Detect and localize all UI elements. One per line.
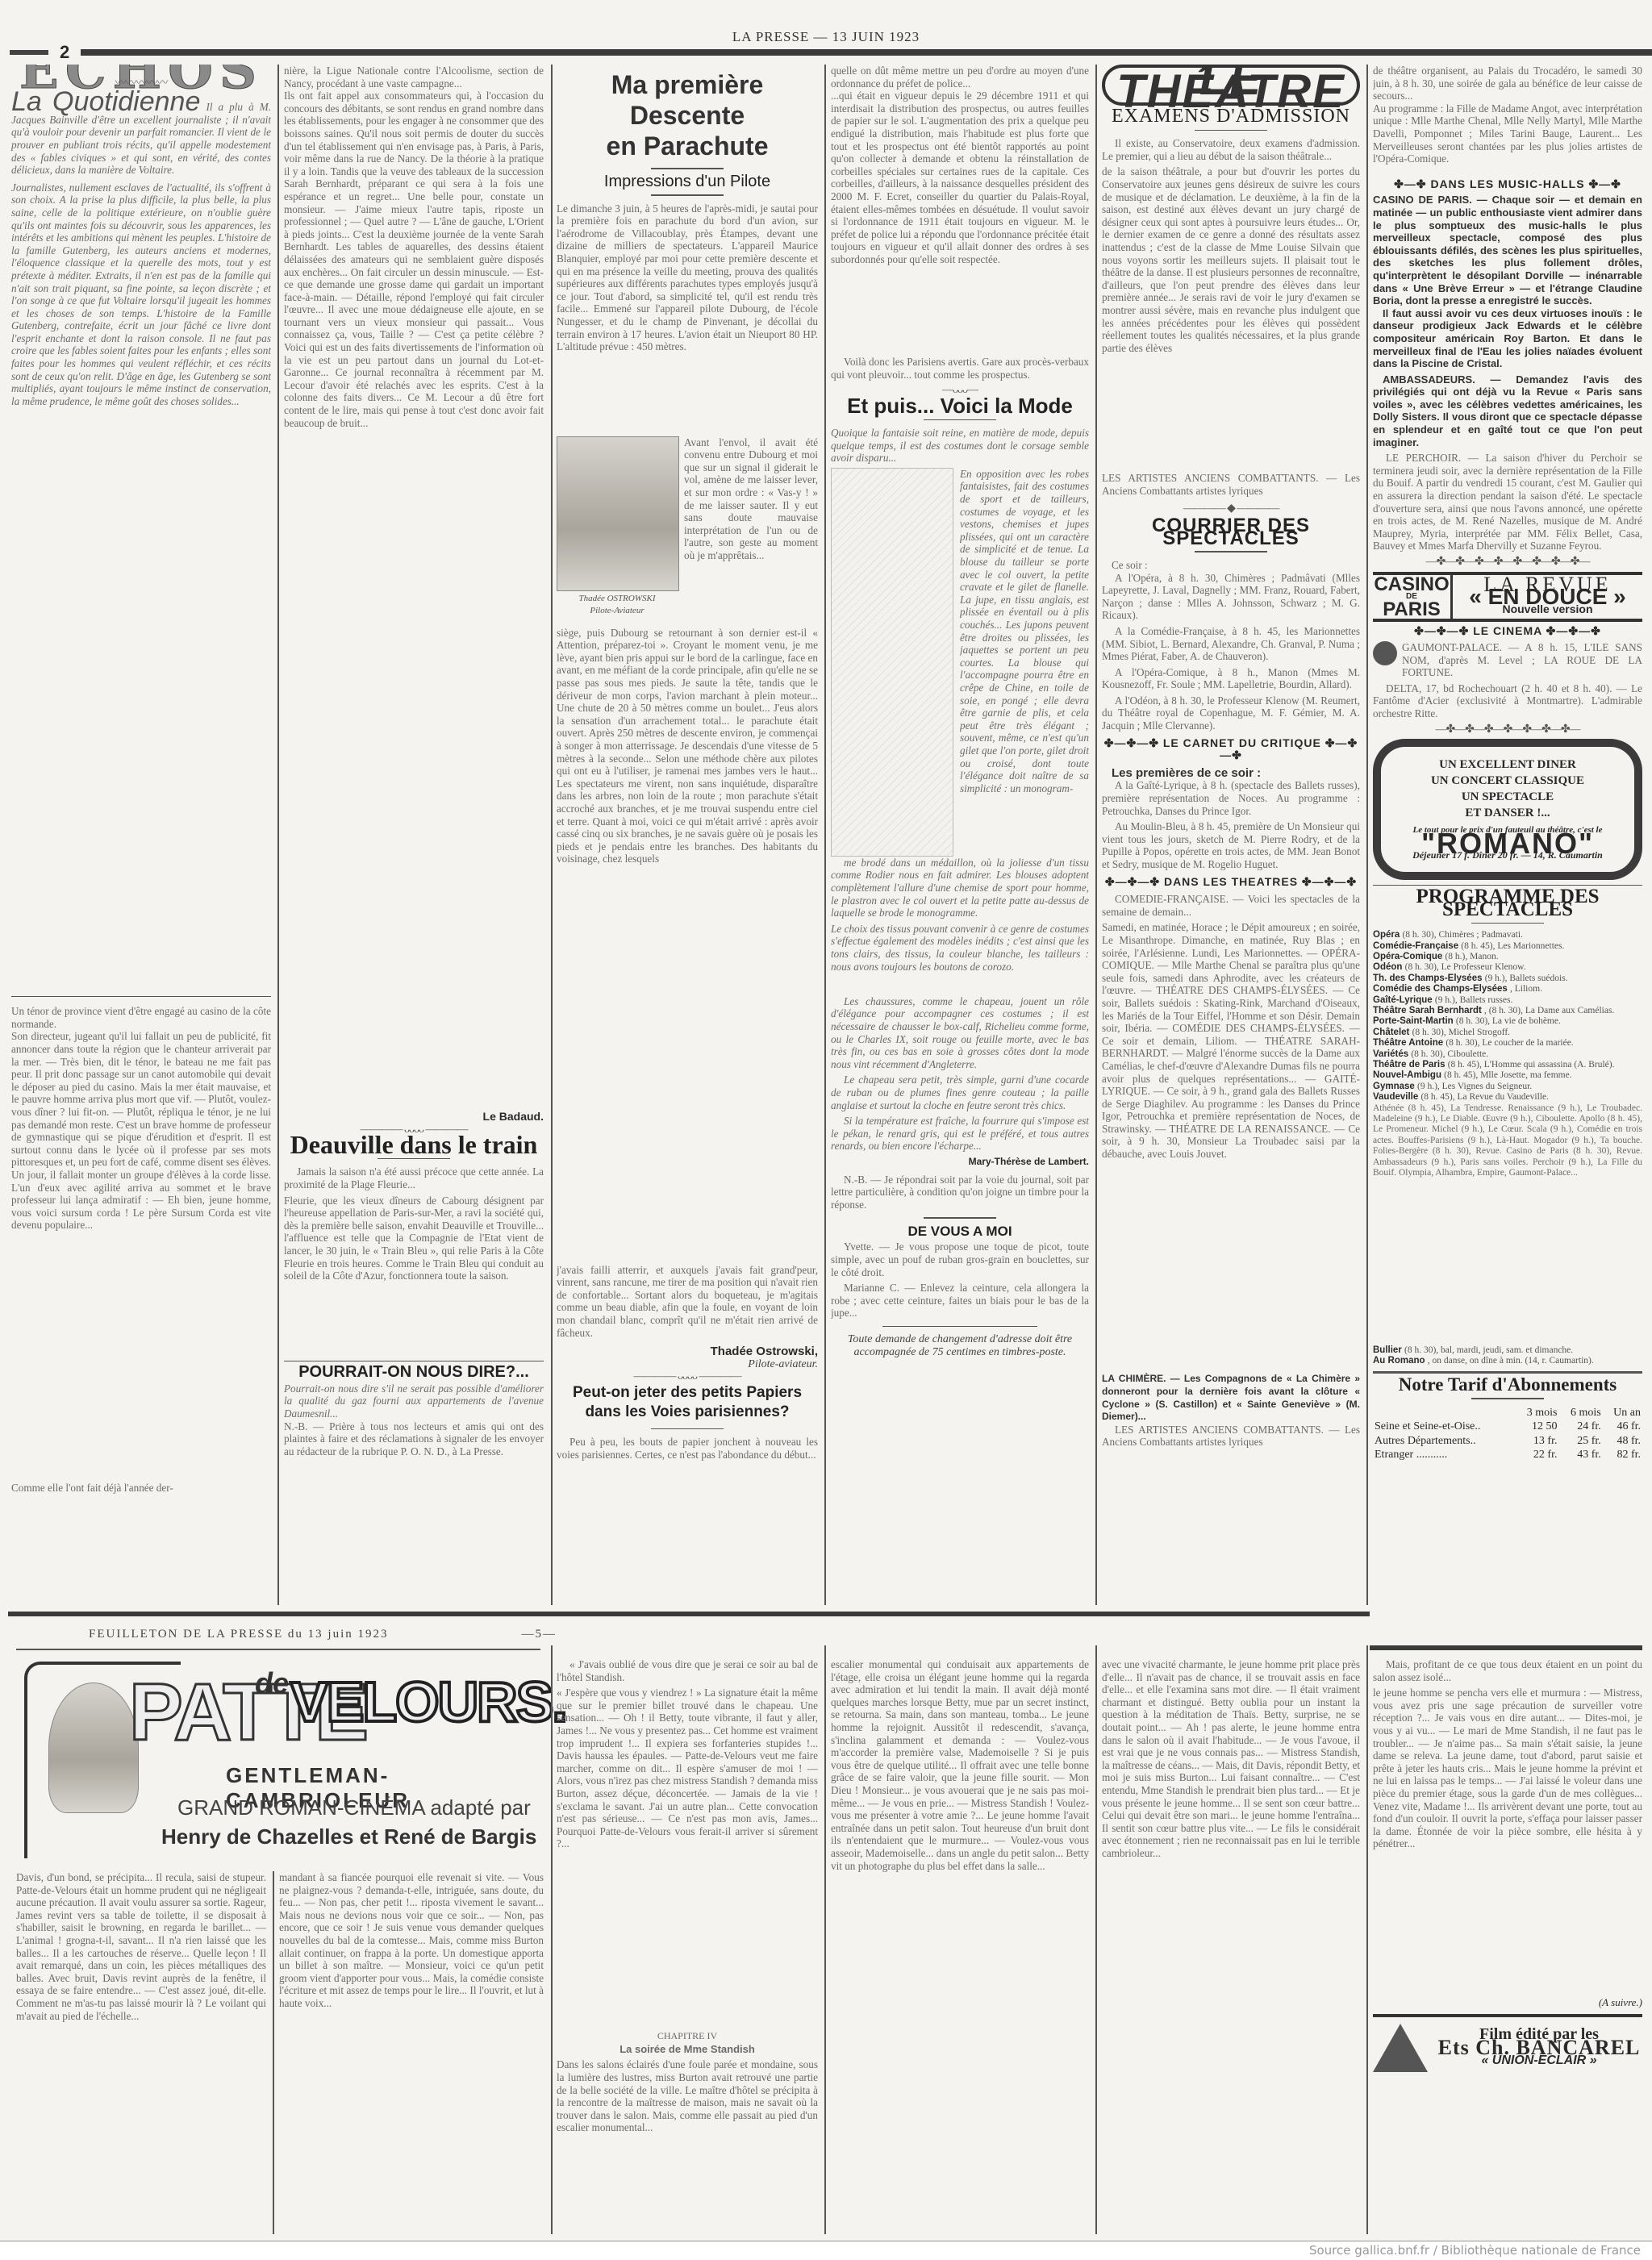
programme-detail: (8 h. 30), Le Professeur Klenow. [1405,962,1526,972]
rule [16,1649,540,1650]
column-divider [1366,65,1368,1605]
mode-side-text: En opposition avec les robes fantaisiste… [960,468,1089,855]
feuilleton-authors: Henry de Chazelles et René de Bargis [161,1824,536,1849]
article-separator [11,996,271,998]
parachute-body: siège, puis Dubourg se retournant à son … [557,627,818,1264]
column-divider [824,1645,826,2234]
ambassadeurs-text: AMBASSADEURS. — Demandez l'avis des priv… [1373,373,1642,449]
rule [1373,2014,1642,2017]
rule-short [1195,130,1267,131]
column-parachute: Ma première Descente en Parachute Impres… [557,65,818,1605]
romano-line: UN CONCERT CLASSIQUE [1387,773,1628,789]
source-credit: Source gallica.bnf.fr / Bibliothèque nat… [1309,2243,1641,2258]
examens-closing: LES ARTISTES ANCIENS COMBATTANTS. — Les … [1102,472,1360,497]
feuilleton-col-5: avec une vivacité charmante, le jeune ho… [1102,1658,1360,2234]
casino-text: CASINO DE PARIS. — Chaque soir — et dema… [1373,194,1642,306]
chapter-number: CHAPITRE IV [557,2030,818,2043]
column-divider [824,65,826,1605]
parachute-closing: j'avais failli atterrir, et auxquels j'a… [557,1264,818,1340]
col4-body: ...qui était en vigueur depuis le 29 déc… [831,90,1089,356]
source-footer: Source gallica.bnf.fr / Bibliothèque nat… [0,2241,1652,2260]
programme-detail: (8 h. 45), La Revue du Vaudeville. [1420,1092,1549,1102]
film-line-2: Ets Ch. BANCAREL [1436,2041,1642,2054]
parachute-side-text: Avant l'envol, il avait été convenu entr… [684,436,818,622]
feuilleton-col3-body: « J'espère que vous y viendrez ! » La si… [557,1687,818,2025]
tarif-row: Autres Départements..13 fr.25 fr.48 fr. [1373,1434,1642,1449]
rule-right [81,49,1652,56]
column-divider [1095,1645,1097,2234]
chimere-notice: LA CHIMÈRE. — Les Compagnons de « La Chi… [1102,1373,1360,1423]
column-divider [551,65,553,1605]
programme-venue: Variétés [1373,1049,1411,1059]
casino-ad-line: CASINO [1373,578,1450,591]
feuilleton-col-6: Mais, profitant de ce que tous deux étai… [1373,1658,1642,2234]
programme-tail: Bullier (8 h. 30), bal, mardi, jeudi, sa… [1373,1345,1642,1367]
pourrait-body: N.-B. — Prière à tous nos lecteurs et am… [284,1420,544,1517]
programme-detail: (9 h.), Les Vignes du Seigneur. [1417,1082,1532,1091]
column-divider [273,1871,274,2234]
programme-entry: Au Romano , on danse, on dîne à min. (14… [1373,1356,1642,1366]
programme-continued: Athénée (8 h. 45), La Tendresse. Renaiss… [1373,1103,1642,1345]
tarif-cell: Autres Départements.. [1373,1434,1515,1449]
programme-entry: Théâtre Sarah Bernhardt , (8 h. 30), La … [1373,1006,1642,1016]
revue-ad-right: LA REVUE « EN DOUCE » Nouvelle version [1453,575,1642,619]
pourrait-heading: POURRAIT-ON NOUS DIRE?... [284,1366,544,1379]
feuilleton-title: FEUILLETON DE LA PRESSE du 13 juin 1923 [89,1628,388,1641]
tarif-heading: Notre Tarif d'Abonnements [1373,1378,1642,1391]
page-number: 2 [60,42,69,63]
programme-detail: , (8 h. 30), La Dame aux Camélias. [1484,1006,1614,1015]
programme-venue: Porte-Saint-Martin [1373,1016,1456,1026]
mode-paragraph-1: me brodé dans un médaillon, où la jolies… [831,857,1089,919]
programme-detail: , on danse, on dîne à min. (14, r. Cauma… [1428,1356,1594,1366]
tarif-header-cell [1373,1406,1515,1420]
casino-ad-line: PARIS [1373,603,1450,616]
courrier-entry: A la Comédie-Française, à 8 h. 45, les M… [1102,625,1360,663]
tarif-header-cell: Un an [1603,1406,1642,1420]
programme-venue: Opéra [1373,930,1402,940]
col5-closing: LES ARTISTES ANCIENS COMBATTANTS. — Les … [1102,1424,1360,1449]
programme-entry: Gaîté-Lyrique (9 h.), Ballets russes. [1373,995,1642,1006]
revue-ad-line: « EN DOUCE » [1453,590,1642,603]
mode-lead: Quoique la fantaisie soit reine, en mati… [831,427,1089,465]
mode-paragraph-4: Si la température est fraîche, la fourru… [831,1115,1089,1153]
feuilleton-col6-lead: Mais, profitant de ce que tous deux étai… [1373,1658,1642,1683]
programme-venue: Gymnase [1373,1082,1417,1091]
column-two: nière, la Ligue Nationale contre l'Alcoo… [284,65,544,1605]
programme-entry: Théâtre de Paris (8 h. 45), L'Homme qui … [1373,1060,1642,1070]
programme-detail: , Liliom. [1510,984,1542,994]
bancarel-ad: Film édité par les Ets Ch. BANCAREL « UN… [1373,2024,1642,2072]
programme-entry: Porte-Saint-Martin (8 h. 30), La vie de … [1373,1016,1642,1027]
programme-entry: Vaudeville (8 h. 45), La Revue du Vaudev… [1373,1092,1642,1103]
tarif-cell: 43 fr. [1558,1448,1602,1462]
feuilleton-col-4: escalier monumental qui conduisait aux a… [831,1658,1089,2234]
photo-caption-name: Thadée OSTROWSKI [557,593,678,606]
carnet-heading: ✤—✤—✤ LE CARNET DU CRITIQUE ✤—✤—✤ [1102,737,1360,762]
parachute-subtitle: Impressions d'un Pilote [557,176,818,189]
ornament-divider: ———— ◆ ———— [1102,502,1360,515]
programme-venue: Au Romano [1373,1356,1428,1366]
feuilleton-header: FEUILLETON DE LA PRESSE du 13 juin 1923 … [89,1628,557,1641]
pourrait-lead: Pourrait-on nous dire s'il ne serait pas… [284,1382,544,1420]
programme-venue: Théâtre Sarah Bernhardt [1373,1006,1484,1015]
romano-ad: UN EXCELLENT DINER UN CONCERT CLASSIQUE … [1373,739,1642,880]
programme-venue: Châtelet [1373,1028,1412,1037]
courrier-entry: A l'Opéra, à 8 h. 30, Chimères ; Padmâva… [1102,572,1360,622]
programme-detail: (8 h. 30), Chimères ; Padmavati. [1402,930,1522,940]
programme-entry: Opéra (8 h. 30), Chimères ; Padmavati. [1373,930,1642,940]
rule-short [1471,923,1544,924]
masked-man-illustration [48,1682,139,1813]
deauville-heading: Deauville dans le train [284,1139,544,1152]
programme-venue: Opéra-Comique [1373,952,1445,961]
programme-detail: (8 h. 30), Le coucher de la mariée. [1445,1038,1573,1048]
headline-line2: en Parachute [557,131,818,161]
programme-detail: (8 h.), Manon. [1445,952,1498,961]
programme-detail: (9 h.), Ballets russes. [1435,995,1512,1005]
programme-entry: Théâtre Antoine (8 h. 30), Le coucher de… [1373,1038,1642,1049]
examens-lead: Il existe, au Conservatoire, deux examen… [1102,137,1360,162]
portrait-photo [557,436,679,591]
title-de: de [255,1666,289,1700]
examens-body: de la saison théâtrale, a pour but d'ouv… [1102,165,1360,472]
running-head: LA PRESSE — 13 JUIN 1923 [0,29,1652,45]
col6-opening: de théâtre organisent, au Palais du Troc… [1373,65,1642,102]
cinema-heading: ✤—✤—✤ LE CINEMA ✤—✤—✤ [1373,625,1642,638]
echos-body-text: Journalistes, nullement esclaves de l'ac… [11,181,271,988]
column-divider [1095,65,1097,1605]
ornament-divider: —✤—✤—✤—✤—✤—✤—✤—✤— [1373,556,1642,569]
courrier-heading: COURRIER DES SPECTACLES [1102,519,1360,544]
tarif-cell: Etranger ........... [1373,1448,1515,1462]
programme-venue: Comédie des Champs-Elysées [1373,984,1510,994]
tarif-cell: 46 fr. [1603,1420,1642,1434]
music-halls-title: DANS LES MUSIC-HALLS [1430,177,1584,190]
programme-entry: Opéra-Comique (8 h.), Manon. [1373,952,1642,962]
perchoir-text: LE PERCHOIR. — La saison d'hiver du Perc… [1373,452,1642,552]
mode-signature: Mary-Thérèse de Lambert. [831,1156,1089,1169]
a-suivre: (A suivre.) [1373,1996,1642,2009]
col4-closing-para: Voilà donc les Parisiens avertis. Gare a… [831,356,1089,381]
rule-short [924,1217,996,1219]
tarif-cell: 25 fr. [1558,1434,1602,1449]
dans-theatres-heading: ✤—✤—✤ DANS LES THEATRES ✤—✤—✤ [1102,876,1360,889]
fashion-illustration [831,468,953,857]
mode-extra: Le choix des tissus pouvant convenir à c… [831,923,1089,995]
programme-entry: Th. des Champs-Elysées (9 h.), Ballets s… [1373,974,1642,984]
programme-venue: Gaîté-Lyrique [1373,995,1435,1005]
feuilleton-col-2: mandant à sa fiancée pourquoi elle reven… [279,1871,544,2234]
programme-entry: Bullier (8 h. 30), bal, mardi, jeudi, sa… [1373,1345,1642,1356]
parachute-headline: Ma première Descente en Parachute [557,69,818,161]
article-lead-tenor: Un ténor de province vient d'être engagé… [11,1005,271,1030]
cinema-title: LE CINEMA [1473,624,1541,637]
examens-heading: EXAMENS D'ADMISSION [1102,110,1360,123]
programme-venue: Bullier [1373,1345,1404,1355]
programme-detail: (8 h. 30), Ciboulette. [1411,1049,1488,1059]
feuilleton-col3-lead: « J'avais oublié de vous dire que je ser… [557,1658,818,1683]
programme-venue: Théâtre de Paris [1373,1060,1448,1070]
col6-body: Au programme : la Fille de Madame Angot,… [1373,102,1642,175]
tenor-body-text: Son directeur, jugeant qu'il lui fallait… [11,1030,271,1482]
carnet-title: LE CARNET DU CRITIQUE [1163,736,1321,749]
patte-de-velours-title-art: PATTE de VELOURS. GENTLEMAN-CAMBRIOLEUR … [24,1658,540,1852]
casino-revue-ad: CASINO DE PARIS LA REVUE « EN DOUCE » No… [1373,572,1642,623]
echos-heading: ECHOS [11,65,271,77]
premiere-entry: A la Gaîté-Lyrique, à 8 h. (spectacle de… [1102,779,1360,817]
devous-answer-2: Marianne C. — Enlevez la ceinture, cela … [831,1282,1089,1320]
papiers-heading: Peut-on jeter des petits Papiers dans le… [557,1383,818,1422]
casino-ad-left: CASINO DE PARIS [1373,575,1453,619]
tarif-cell: 13 fr. [1515,1434,1558,1449]
programme-entry: Comédie des Champs-Elysées , Liliom. [1373,984,1642,994]
romano-footer: Déjeuner 17 f. Dîner 20 fr. — 14, R. Cau… [1387,849,1628,862]
mode-paragraph-2: Les chaussures, comme le chapeau, jouent… [831,995,1089,1071]
rule [1373,1371,1642,1374]
premiere-entry: Au Moulin-Bleu, à 8 h. 45, première de U… [1102,820,1360,870]
programme-detail: (8 h. 45), Les Marionnettes. [1461,941,1564,951]
headline-line1: Ma première Descente [557,69,818,131]
programme-venue: Th. des Champs-Elysées [1373,974,1485,983]
bancarel-logo-icon [1373,2024,1428,2072]
casino-text-2: Il faut aussi avoir vu ces deux virtuose… [1373,307,1642,370]
rule [882,1326,1037,1328]
dans-theatres-body: Samedi, en matinée, Horace ; le Dépit am… [1102,921,1360,1373]
parachute-intro: Le dimanche 3 juin, à 5 heures de l'aprè… [557,202,818,436]
rule [1373,885,1642,886]
signature-badaud: Le Badaud. [284,1111,544,1124]
romano-line: UN EXCELLENT DINER [1387,757,1628,773]
ce-soir-label: Ce soir : [1102,559,1360,572]
ornament-divider: ———— ᴗᴗᴗᴗ ———— [557,1370,818,1383]
column-mode: quelle on dût même mettre un peu d'ordre… [831,65,1089,1605]
column-spectacles: de théâtre organisent, au Palais du Troc… [1373,65,1642,1605]
column-echos: ECHOS 〰〰〰〰〰 La Quotidienne Il a plu à M.… [11,65,271,1605]
programme-entry: Nouvel-Ambigu (8 h. 45), Mlle Josette, m… [1373,1070,1642,1081]
rule-short [924,419,996,421]
top-rule: 2 [10,47,1652,58]
gaumont-logo-icon [1373,641,1397,665]
tarif-row: Seine et Seine-et-Oise..12 5024 fr.46 fr… [1373,1420,1642,1434]
column-divider [551,1645,553,2234]
programme-venue: Vaudeville [1373,1092,1420,1102]
courrier-entry: A l'Opéra-Comique, à 8 h., Manon (Mmes M… [1102,666,1360,691]
mode-nb: N.-B. — Je répondrai soit par la voie du… [831,1174,1089,1211]
rule-short [1195,551,1267,552]
dans-theatres-title: DANS LES THEATRES [1164,875,1298,888]
tarif-header-cell: 6 mois [1558,1406,1602,1420]
programme-detail: (8 h. 30), Michel Strogoff. [1412,1028,1510,1037]
col2-body: Ils ont fait appel aux consommateurs qui… [284,90,544,1106]
programme-heading: PROGRAMME DES SPECTACLES [1373,890,1642,915]
article-title-quotidienne: La Quotidienne [11,86,200,117]
theatre-banner: LE THÉATRE [1102,65,1360,106]
col2-opening: nière, la Ligue Nationale contre l'Alcoo… [284,65,544,90]
programme-venue: Odéon [1373,962,1405,972]
subscription-table: 3 mois6 moisUn anSeine et Seine-et-Oise.… [1373,1406,1642,1462]
devous-answer-1: Yvette. — Je vous propose une toque de p… [831,1240,1089,1278]
romano-name: "ROMANO" [1387,837,1628,850]
tarif-cell: 24 fr. [1558,1420,1602,1434]
music-halls-heading: ✤—✤ DANS LES MUSIC-HALLS ✤—✤ [1373,178,1642,191]
tarif-cell: Seine et Seine-et-Oise.. [1373,1420,1515,1434]
rule-left [10,50,48,55]
papiers-lead: Peu à peu, les bouts de papier jonchent … [557,1436,818,1461]
title-velours: VELOURS. [290,1670,566,1734]
delta-listing: DELTA, 17, bd Rochechouart (2 h. 40 et 8… [1373,682,1642,720]
tarif-cell: 22 fr. [1515,1448,1558,1462]
tarif-header-cell: 3 mois [1515,1406,1558,1420]
photo-caption-role: Pilote-Aviateur [557,605,678,618]
feuilleton-number: —5— [522,1628,557,1641]
programme-venue: Théâtre Antoine [1373,1038,1445,1048]
echos-closing: Comme elle l'ont fait déjà l'année der- [11,1482,271,1495]
romano-line: UN SPECTACLE [1387,789,1628,805]
programme-entry: Châtelet (8 h. 30), Michel Strogoff. [1373,1028,1642,1038]
premieres-heading: Les premières de ce soir : [1102,767,1360,780]
column-divider [1366,1645,1368,2234]
tarif-cell: 12 50 [1515,1420,1558,1434]
programme-entry: Gymnase (9 h.), Les Vignes du Seigneur. [1373,1082,1642,1092]
subtitle-roman-cinema: GRAND ROMAN-CINÉMA adapté par [177,1795,531,1820]
programme-detail: (8 h. 45), Mlle Josette, ma femme. [1444,1070,1571,1080]
programme-detail: (8 h. 30), bal, mardi, jeudi, sam. et di… [1404,1345,1573,1355]
feuilleton-col6-body: le jeune homme se pencha vers elle et mu… [1373,1687,1642,1993]
courrier-entry: A l'Odéon, à 8 h. 30, le Professeur Klen… [1102,694,1360,732]
signature-role: Pilote-aviateur. [557,1358,818,1371]
column-divider [277,65,279,1605]
rule-short [1471,1398,1544,1399]
address-change-notice: Toute demande de changement d'adresse do… [831,1333,1089,1358]
deauville-body: Fleurie, que les vieux dîneurs de Cabour… [284,1195,544,1356]
mode-paragraph-3: Le chapeau sera petit, très simple, garn… [831,1074,1089,1111]
gaumont-listing: GAUMONT-PALACE. — A 8 h. 15, L'ILE SANS … [1402,641,1642,679]
programme-entry: Variétés (8 h. 30), Ciboulette. [1373,1049,1642,1060]
programme-entry: Odéon (8 h. 30), Le Professeur Klenow. [1373,962,1642,973]
tarif-cell: 48 fr. [1603,1434,1642,1449]
feuilleton-top-rule [8,1612,1370,1616]
programme-detail: (9 h.), Ballets suédois. [1485,974,1568,983]
programme-detail: (8 h. 30), La vie de bohème. [1456,1016,1561,1026]
chapter-title: La soirée de Mme Standish [557,2043,818,2056]
programme-list: Opéra (8 h. 30), Chimères ; Padmavati.Co… [1373,930,1642,1103]
romano-line: ET DANSER !... [1387,805,1628,821]
programme-entry: Comédie-Française (8 h. 45), Les Marionn… [1373,941,1642,952]
mode-heading: Et puis... Voici la Mode [831,400,1089,413]
deauville-lead: Jamais la saison n'a été aussi précoce q… [284,1165,544,1190]
col4-opening: quelle on dût même mettre un peu d'ordre… [831,65,1089,90]
tarif-row: Etranger ...........22 fr.43 fr.82 fr. [1373,1448,1642,1462]
column-theatre: LE THÉATRE EXAMENS D'ADMISSION Il existe… [1102,65,1360,1605]
tarif-cell: 82 fr. [1603,1448,1642,1462]
article-separator [284,1361,544,1362]
dans-theatres-lead: COMEDIE-FRANÇAISE. — Voici les spectacle… [1102,893,1360,918]
programme-venue: Comédie-Française [1373,941,1461,951]
programme-detail: (8 h. 45), L'Homme qui assassina (A. Bru… [1448,1060,1615,1070]
feuilleton-top-rule-right [1370,1645,1642,1650]
signature-ostrowski: Thadée Ostrowski, [557,1345,818,1358]
rule-short [651,168,724,169]
rule-short [651,1428,724,1430]
feuilleton-col-1: Davis, d'un bond, se précipita... Il rec… [16,1871,266,2234]
rule-short [651,194,724,196]
chapter-body: Dans les salons éclairés d'une foule par… [557,2058,818,2220]
tarif-header-row: 3 mois6 moisUn an [1373,1406,1642,1420]
devous-heading: DE VOUS A MOI [831,1225,1089,1238]
feuilleton-col-3: « J'avais oublié de vous dire que je ser… [557,1658,818,2234]
programme-venue: Nouvel-Ambigu [1373,1070,1444,1080]
ornament-divider: —✤—✤—✤—✤—✤—✤—✤— [1373,723,1642,736]
